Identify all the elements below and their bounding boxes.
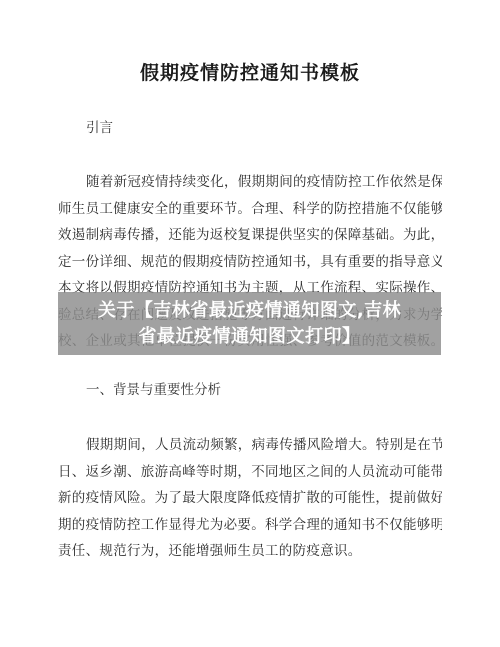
overlay-title-banner: 关于【吉林省最近疫情通知图文,吉林 省最近疫情通知图文打印】 <box>58 292 441 355</box>
banner-line-2: 省最近疫情通知图文打印】 <box>139 324 361 350</box>
banner-line-1: 关于【吉林省最近疫情通知图文,吉林 <box>98 298 401 324</box>
section-1-line-5: 责任、规范行为，还能增强师生员工的防疫意识。 <box>58 538 442 565</box>
document-title: 假期疫情防控通知书模板 <box>0 60 500 86</box>
section-1-paragraph: 假期期间，人员流动频繁，病毒传播风险增大。特别是在节假 日、返乡潮、旅游高峰等时… <box>58 432 442 565</box>
section-1-line-2: 日、返乡潮、旅游高峰等时期，不同地区之间的人员流动可能带来 <box>58 459 442 486</box>
intro-line-2: 师生员工健康安全的重要环节。合理、科学的防控措施不仅能够有 <box>58 196 442 223</box>
section-1-line-1: 假期期间，人员流动频繁，病毒传播风险增大。特别是在节假 <box>58 432 442 459</box>
section-1-heading: 一、背景与重要性分析 <box>86 380 221 400</box>
section-1-line-3: 新的疫情风险。为了最大限度降低疫情扩散的可能性，提前做好假 <box>58 485 442 512</box>
intro-line-1: 随着新冠疫情持续变化，假期期间的疫情防控工作依然是保障 <box>58 169 442 196</box>
intro-heading: 引言 <box>86 118 113 138</box>
intro-line-4: 定一份详细、规范的假期疫情防控通知书，具有重要的指导意义。 <box>58 249 442 276</box>
section-1-line-4: 期的疫情防控工作显得尤为必要。科学合理的通知书不仅能够明确 <box>58 512 442 539</box>
document-page: 假期疫情防控通知书模板 引言 随着新冠疫情持续变化，假期期间的疫情防控工作依然是… <box>0 0 500 647</box>
intro-line-3: 效遏制病毒传播，还能为返校复课提供坚实的保障基础。为此，制 <box>58 222 442 249</box>
